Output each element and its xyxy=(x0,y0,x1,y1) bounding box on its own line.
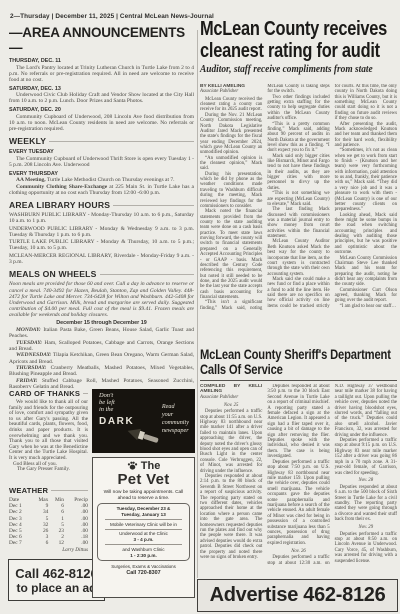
article-body: BY KELLI AMELING Associate Publisher McL… xyxy=(200,84,397,343)
tagline-line: Read xyxy=(162,403,189,411)
schedule-time: 3 - 4 p.m. xyxy=(100,537,187,543)
weather-precip: .00 xyxy=(64,540,88,546)
sheriff-compiled-by: COMPILED BY KELLI AMELING xyxy=(200,384,262,395)
weather-max: 6 xyxy=(31,540,48,546)
schedule-divider xyxy=(105,519,182,520)
article-paragraph: The last finding Mack discussed with com… xyxy=(267,207,329,239)
pet-vet-ad: The Pet Vet Will now be taking appointme… xyxy=(92,457,195,598)
dark-ad-line: be left xyxy=(99,399,115,406)
call-entry: Deputies responded at about 3:50 p.m. to… xyxy=(267,384,329,460)
library-title: AREA LIBRARY HOURS xyxy=(9,200,110,210)
section-rule xyxy=(113,205,194,206)
pet-vet-services: Surgeries, Exams & Vaccinations xyxy=(97,564,190,569)
announcement-date-heading: SATURDAY, DEC. 13 xyxy=(9,86,194,92)
tagline-line: community xyxy=(162,419,189,427)
call-date: Nov. 25 xyxy=(200,403,262,408)
dark-ad-tagline: Read your community newspaper xyxy=(162,403,189,435)
thanks-signature: The Gary Presser Family. xyxy=(9,467,88,473)
article-paragraph: “An unmodified opinion is the cleanest o… xyxy=(200,156,262,172)
call-entry: Deputies performed a traffic stop at abo… xyxy=(335,438,397,476)
meals-intro: Noon meals are provided for those 60 and… xyxy=(9,281,194,317)
sheriff-heading-rule xyxy=(200,380,397,381)
sheriff-compiled-title: Associate Publisher xyxy=(200,395,262,400)
section-rule xyxy=(100,274,194,275)
weather-date: Dec 7 xyxy=(9,540,31,546)
section-library: AREA LIBRARY HOURS xyxy=(9,200,194,210)
schedule-line: Tuesday, January 13 xyxy=(100,512,187,518)
meals-day: TUESDAY: Ham, Scalloped Potatoes, Cabbag… xyxy=(9,340,194,352)
sheriff-section-heading: McLean County Sheriff's Department Calls… xyxy=(200,347,391,377)
newspaper-page: 2—Thursday | December 11, 2025 | Central… xyxy=(0,0,400,614)
pet-vet-intro: Will now be taking appointments. Call ah… xyxy=(100,490,187,502)
announcement-text: Community Cupboard of Underwood, 208 Lin… xyxy=(9,114,194,132)
library-entry: MCLEAN-MERCER REGIONAL LIBRARY, Riverdal… xyxy=(9,253,194,265)
meals-title: MEALS ON WHEELS xyxy=(9,269,97,279)
article-paragraph: “This is not something we are expecting … xyxy=(267,191,329,207)
section-thanks: CARD OF THANKS xyxy=(9,389,88,398)
section-rule xyxy=(83,393,88,394)
place-an-ad-box: Call 462-8126 to place an ad xyxy=(8,559,105,601)
headline-line-1: McLean County receives xyxy=(200,18,387,40)
weather-attribution: Larry Dittus xyxy=(9,547,88,553)
place-ad-phone: Call 462-8126 xyxy=(15,566,97,581)
weekly-tuesday-heading: EVERY TUESDAY xyxy=(9,149,194,155)
article-paragraph: Mack noted the financial statements prov… xyxy=(200,209,262,300)
section-weekly: WEEKLY xyxy=(9,136,194,146)
section-weather: WEATHER xyxy=(9,486,88,495)
library-entry: UNDERWOOD PUBLIC LIBRARY - Monday & Wedn… xyxy=(9,226,194,238)
article-paragraph: McLean County received the cleanest rati… xyxy=(200,97,262,113)
meals-day: WEDNESDAY: Tilapia Ketchikan, Green Bean… xyxy=(9,352,194,364)
meals-day: FRIDAY: Stuffed Cabbage Roll, Mashed Pot… xyxy=(9,378,194,388)
dark-ad-line: in the xyxy=(99,406,115,413)
weather-section: WEATHER Date Max Min Precip Dec 196.00 D… xyxy=(9,486,88,553)
left-column: —AREA ANNOUNCEMENTS— THURSDAY, DEC. 11 T… xyxy=(9,25,194,388)
article-paragraph: McLean County Commission Chairman Steve … xyxy=(335,256,397,288)
section-rule xyxy=(51,490,88,491)
announcement-text: Underwood Civic Club Holiday Craft and V… xyxy=(9,92,194,104)
pet-vet-schedule-box: Tuesday, December 23 & Tuesday, January … xyxy=(97,503,190,561)
weather-table: Date Max Min Precip Dec 196.00 Dec 2346.… xyxy=(9,497,88,547)
article-paragraph: During his presentation, which he did by… xyxy=(200,172,262,210)
weekly-clothing-exchange: Community Clothing Share-Exchange at 225… xyxy=(9,184,194,196)
call-entry: Deputies performed a traffic stop about … xyxy=(267,460,329,547)
area-announcements-title: —AREA ANNOUNCEMENTS— xyxy=(9,25,194,55)
article-paragraph: “This is a pretty common finding,” Mack … xyxy=(267,122,329,154)
headline-line-2: cleanest rating for audit xyxy=(200,40,387,62)
schedule-divider xyxy=(105,544,182,545)
sheriff-heading-line-1: McLean County Sheriff's Department xyxy=(200,347,391,362)
call-date: Nov. 28 xyxy=(335,478,397,483)
schedule-time: 1 - 2:30 p.m. xyxy=(100,553,187,559)
article-paragraph: After presenting the audit, Mack acknowl… xyxy=(335,122,397,149)
weekly-thursday-heading: EVERY THURSDAY xyxy=(9,171,194,177)
meals-day: THURSDAY: Cranberry Meatballs, Mashed Po… xyxy=(9,365,194,377)
call-date: Nov. 29 xyxy=(335,525,397,530)
meals-day: MONDAY: Italian Pasta Bake, Green Beans,… xyxy=(9,327,194,339)
schedule-line: Mobile Veterinary Clinic will be in xyxy=(100,522,187,528)
call-entry: Deputies responded at about 6 a.m. to th… xyxy=(335,485,397,523)
weather-min: 12 xyxy=(48,540,64,546)
weekly-title: WEEKLY xyxy=(9,136,46,146)
sheriff-calls-body: COMPILED BY KELLI AMELING Associate Publ… xyxy=(200,384,397,577)
section-rule xyxy=(49,141,194,142)
article-paragraph: “Sometimes, it's not as clean when we ge… xyxy=(335,148,397,212)
dark-ad-script: Don't be left in the xyxy=(99,392,115,414)
sheriff-heading-line-2: Calls Of Service xyxy=(200,362,391,377)
article-paragraph: “I am glad to hear our staff… xyxy=(335,304,397,309)
schedule-divider xyxy=(105,529,182,530)
article-subhead: Auditor, staff receive compliments from … xyxy=(200,64,373,75)
tagline-line: your xyxy=(162,411,189,419)
masthead: 2—Thursday | December 11, 2025 | Central… xyxy=(10,13,214,20)
advertise-banner: Advertise 462-8126 xyxy=(197,579,398,612)
article-paragraph: Mack said only bigger cities like Bismar… xyxy=(267,154,329,192)
flashlight-icon xyxy=(123,420,164,453)
article-headline: McLean County receives cleanest rating f… xyxy=(200,18,387,61)
call-entry: Deputies performed a traffic stop at abo… xyxy=(200,409,262,474)
tagline-line: newspaper xyxy=(162,427,189,435)
weather-title: WEATHER xyxy=(9,486,48,495)
article-paragraph: Looking ahead, Mack said there might be … xyxy=(335,213,397,256)
weekly-tuesday-text: The Community Cupboard of Underwood Thri… xyxy=(9,156,194,168)
dont-be-left-in-dark-ad: Don't be left in the DARK Read your comm… xyxy=(92,389,195,453)
place-ad-text: to place an ad xyxy=(16,581,96,595)
meals-week-range: December 15 through December 19 xyxy=(9,320,194,326)
pet-vet-phone: Call 720-8307 xyxy=(97,570,190,576)
article-byline-title: Associate Publisher xyxy=(200,89,262,94)
call-date: Nov. 26 xyxy=(267,549,329,554)
article-paragraph: Two other findings included getting extr… xyxy=(267,95,329,122)
article-paragraph: McLean County Auditor Beth Knutson asked… xyxy=(267,239,329,277)
dark-ad-line: Don't xyxy=(99,392,115,399)
card-of-thanks: CARD OF THANKS We would like to thank al… xyxy=(9,389,88,473)
library-entry: TURTLE LAKE PUBLIC LIBRARY - Monday & Th… xyxy=(9,239,194,251)
announcement-date-heading: THURSDAY, DEC. 11 xyxy=(9,58,194,64)
article-paragraph: Commissioner Curt Olson agreed, thanking… xyxy=(335,288,397,304)
column-divider xyxy=(197,30,198,578)
library-entry: WASHBURN PUBLIC LIBRARY - Monday-Thursda… xyxy=(9,212,194,224)
call-entry: Deputies performed a traffic stop at abo… xyxy=(335,532,397,564)
pet-vet-title: Pet Vet xyxy=(97,472,190,488)
weather-row: Dec 7612.00 xyxy=(9,540,88,546)
announcement-text: The Lord's Pantry located at Trinity Lut… xyxy=(9,65,194,83)
article-paragraph: During the Nov. 21 McLean County Commiss… xyxy=(200,113,262,156)
call-entry: Deputies responded at about 2:14 p.m. to… xyxy=(200,474,262,561)
announcement-date-heading: SATURDAY, DEC. 20 xyxy=(9,107,194,113)
section-meals: MEALS ON WHEELS xyxy=(9,269,194,279)
thanks-text: We would like to thank all of our family… xyxy=(9,400,88,462)
thanks-title: CARD OF THANKS xyxy=(9,389,80,398)
